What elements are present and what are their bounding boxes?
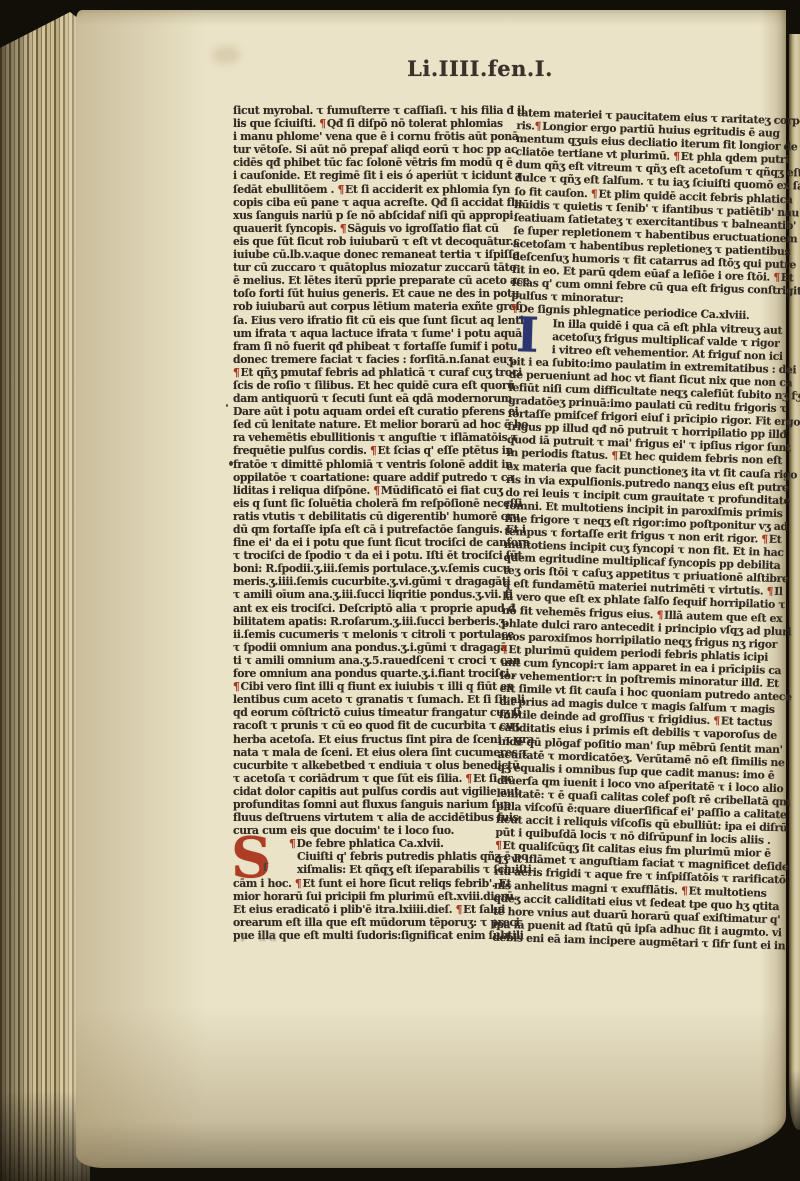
text-line: herba acetoſa. Et eius fructus ſint pira… xyxy=(233,733,519,746)
text-line: nata τ mala de ſceni. Et eius olera ſint… xyxy=(233,746,519,759)
text-line: donec tremere faciat τ facies : forſitā.… xyxy=(233,353,519,366)
paragraph-mark-icon: ¶ xyxy=(591,187,599,200)
guide-letter: ſ xyxy=(263,861,267,874)
paragraph-mark-icon: ¶ xyxy=(611,449,619,462)
text-line: iuiube cū.lb.v.aque donec remaneat terti… xyxy=(233,248,519,261)
text-line: xiſmalis: Et qñqʒ eſt iſeparabilis τ ſci… xyxy=(297,863,519,876)
text-line: fore omnium ana pondus quarte.ʒ.i.fiant … xyxy=(233,667,519,680)
text-line: qd eorum cōſtrictō cuius timeatur franga… xyxy=(233,706,519,719)
text-line: dam antiquorū τ ſecuti ſunt eā qdā moder… xyxy=(233,392,519,405)
paragraph-mark-icon: ¶ xyxy=(233,366,241,379)
text-line: fram ſi nō fuerit qđ phibeat τ fortaſſe … xyxy=(233,340,519,353)
text-line: frequētie pulſus cordis. ¶Et ſcias q' eſ… xyxy=(233,444,519,457)
text-line: Et eius eradicatō i plib'ē itra.lxiiii.d… xyxy=(233,903,519,916)
text-line: eis q ſunt ſic ſoluētia cholerā fm reſpō… xyxy=(233,497,519,510)
paragraph-mark-icon: ¶ xyxy=(456,903,464,916)
text-line: boni: R.ſpodii.ʒ.iii.ſemis portulace.ʒ.v… xyxy=(233,562,519,575)
text-line: cura cum eis que docuim' te i loco ſuo. xyxy=(233,824,519,837)
text-line: ti τ amili omnium ana.ʒ.5.rauedſceni τ c… xyxy=(233,654,519,667)
text-line: tur vētoſe. Si aūt nō prepaf aliqd eorū … xyxy=(233,143,519,156)
paragraph-mark-icon: ¶ xyxy=(233,680,241,693)
text-line: τ ſpodii omnium ana pondus.ʒ.i.gūmi τ dr… xyxy=(233,641,519,654)
text-line: cidat dolor capitis aut pulſus cordis au… xyxy=(233,785,519,798)
text-line: ra vehemētis ebullitionis τ anguſtie τ i… xyxy=(233,431,519,444)
paragraph-mark-icon: ¶ xyxy=(656,608,664,621)
text-line: τ acetoſa τ coriādrum τ que ſūt eis ſili… xyxy=(233,772,519,785)
text-line: xus ſanguis nariū p ſe nō abſcidaf niſi … xyxy=(233,209,519,222)
text-line: liditas i reliqua diſpōne. ¶Mūdificatō e… xyxy=(233,484,519,497)
paragraph-mark-icon: ¶ xyxy=(465,772,473,785)
text-line: cām i hoc. ¶Et ſunt ei hore ſicut reliqs… xyxy=(233,877,519,890)
text-line: fine ei' da ei i potu que ſunt ſicut tro… xyxy=(233,536,519,549)
text-line: ſed cū lenitate nature. Et melior borarū… xyxy=(233,418,519,431)
text-line: oppilatōe τ coartatione: quare addif put… xyxy=(233,471,519,484)
paragraph-mark-icon: ¶ xyxy=(713,714,721,727)
text-line: lentibus cum aceto τ granatis τ ſumach. … xyxy=(233,693,519,706)
text-line: bilitatem apatis: R.roſarum.ʒ.iii.ſucci … xyxy=(233,615,519,628)
paragraph-mark-icon: ¶ xyxy=(289,837,297,850)
text-line: ſicut myrobal. τ fumuſterre τ caſſiaſi. … xyxy=(233,104,519,117)
text-line: ¶Cibi vero ſint illi q fiunt ex iuiubis … xyxy=(233,680,519,693)
text-line: ant ex eis trociſci. Deſcriptō alia τ pr… xyxy=(233,602,519,615)
text-line: Dare aūt i potu aquam ordei eſt curatio … xyxy=(233,405,519,418)
paragraph-mark-icon: ¶ xyxy=(319,117,327,130)
text-line: τ amili oīum ana.ʒ.iii.ſucci liqritie po… xyxy=(233,588,519,601)
text-line: ¶Et qñʒ pmutaf febris ad phlaticā τ cura… xyxy=(233,366,519,379)
text-line: um ifrata τ aqua lactuce ifrata τ ſume' … xyxy=(233,327,519,340)
text-line: i manu phlome' vena que ē i cornu frōtis… xyxy=(233,130,519,143)
paragraph-mark-icon: ¶ xyxy=(673,150,681,163)
text-line: orearum eſt illa que eſt mūdorum tēporuʒ… xyxy=(233,916,519,929)
text-line: ſedāt ebullitōem . ¶Et ſi acciderit ex p… xyxy=(233,183,519,196)
paragraph-mark-icon: ¶ xyxy=(534,120,542,133)
illuminated-initial: S xyxy=(231,834,271,882)
text-line: fluus deſtruens virtutem τ alia de accid… xyxy=(233,811,519,824)
paper-stain xyxy=(212,46,240,64)
text-line: toſo forti ſūt huius generis. Et caue ne… xyxy=(233,287,519,300)
text-line: dū qm fortaſſe ipſa eſt cā i putrefactōe… xyxy=(233,523,519,536)
paragraph-mark-icon: ¶ xyxy=(495,839,503,852)
signature-mark: P dd xyxy=(240,931,279,944)
text-line: Ciuiſti q' febris putredis phlatis qñʒ ē… xyxy=(297,850,519,863)
text-line: profunditas ſomni aut fluxus ſanguis nar… xyxy=(233,798,519,811)
paragraph-mark-icon: ¶ xyxy=(681,884,689,897)
text-line: meris.ʒ.iiii.ſemis cucurbite.ʒ.vi.gūmi τ… xyxy=(233,575,519,588)
text-line: ſcis de roſio τ ſilibus. Et hec quidē cu… xyxy=(233,379,519,392)
illuminated-initial: I xyxy=(516,315,539,357)
paragraph-mark-icon: ¶ xyxy=(340,222,348,235)
text-line: ratis vtutis τ debilitatis cū digerentib… xyxy=(233,510,519,523)
running-title: Li.IIII.fen.I. xyxy=(375,56,585,81)
text-line: ii.ſemis cucumeris τ melonis τ citroli τ… xyxy=(233,628,519,641)
text-line: eis que ſūt ſicut rob iuiubarū τ eſt vt … xyxy=(233,235,519,248)
paragraph-mark-icon: ¶ xyxy=(295,877,303,890)
paragraph-mark-icon: ¶ xyxy=(501,643,509,656)
text-line: rob iuiubarū aut corpus lētium materia e… xyxy=(233,300,519,313)
chapter-heading: ¶De febre phlatica Ca.xlvii. xyxy=(289,837,519,850)
text-line: racoſt τ prunis τ cū eo quod fit de cucu… xyxy=(233,719,519,732)
left-text-column: ſicut myrobal. τ fumuſterre τ caſſiaſi. … xyxy=(233,104,519,942)
paragraph-mark-icon: ¶ xyxy=(373,484,381,497)
ink-speck xyxy=(226,404,228,407)
paragraph-mark-icon: ¶ xyxy=(338,183,346,196)
text-line: τ trociſci de ſpodio τ da ei i potu. Iſt… xyxy=(233,549,519,562)
text-line: quauerit ſyncopis. ¶Sāguis vo igroſſatio… xyxy=(233,222,519,235)
text-line: mior horarū ſui pricipii fm plurimū eſt.… xyxy=(233,890,519,903)
paragraph-mark-icon: ¶ xyxy=(773,271,781,284)
text-line: ſa. Eius vero ifratio fit cū eis que ſun… xyxy=(233,314,519,327)
text-line: lis que ſciuiſti. ¶Qđ ſi diſpō nō tolera… xyxy=(233,117,519,130)
paragraph-mark-icon: ¶ xyxy=(766,585,774,598)
right-text-column: tatem materiei τ paucitatem eius τ rarit… xyxy=(492,106,793,952)
text-line: copis ciba eū pane τ aqua acreſte. Qđ ſi… xyxy=(233,196,519,209)
text-line: ē melius. Et lētes iterū pprie preparate… xyxy=(233,274,519,287)
chapter-start: Sſ¶De febre phlatica Ca.xlvii.Ciuiſti q'… xyxy=(233,837,519,942)
text-line: cidēs qđ phibet tūc fac ſolonē vētris fm… xyxy=(233,156,519,169)
text-line: fratōe τ dimittē phlomiā τ ventris ſolon… xyxy=(233,458,519,471)
incunable-book-photo: Li.IIII.fen.I. ſicut myrobal. τ fumuſter… xyxy=(0,0,800,1181)
text-line: tur cū zuccaro τ quātoplus miozatur zucc… xyxy=(233,261,519,274)
paragraph-mark-icon: ¶ xyxy=(370,444,378,457)
chapter-start: I¶De ſignis phlegnatice periodice Ca.xlv… xyxy=(492,302,787,951)
text-line: cucurbite τ alkebetbed τ endiuia τ olus … xyxy=(233,759,519,772)
paragraph-mark-icon: ¶ xyxy=(761,532,769,545)
text-line: i cauſonide. Et regimē ſit i eis ó aperi… xyxy=(233,169,519,182)
